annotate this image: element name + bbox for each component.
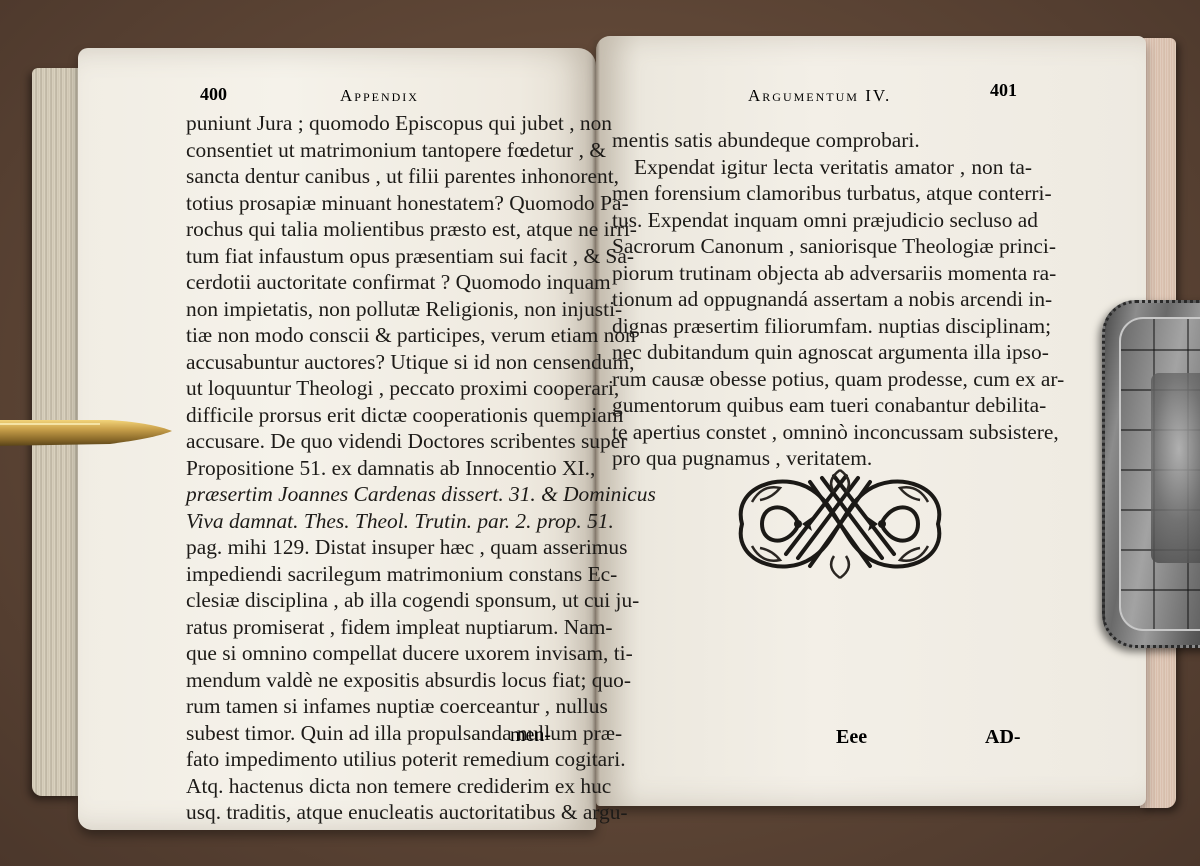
left-running-head: Appendix [340, 86, 419, 108]
text-line: nec dubitandum quin agnoscat argumenta i… [612, 339, 1032, 366]
text-line: non impietatis, non pollutæ Religionis, … [186, 296, 569, 323]
text-line: mendum valdè ne expositis absurdis locus… [186, 667, 569, 694]
text-line: mentis satis abundeque comprobari. [612, 127, 1032, 154]
text-line: ratus promiserat , fidem impleat nuptiar… [186, 614, 569, 641]
text-line: difficile prorsus erit dictæ cooperation… [186, 402, 569, 429]
left-page-text: puniunt Jura ; quomodo Episcopus qui jub… [186, 110, 569, 826]
text-line: tionum ad oppugnandá assertam a nobis ar… [612, 286, 1032, 313]
text-line: ut loquuntur Theologi , peccato proximi … [186, 375, 569, 402]
interlaced-ornament-icon [722, 462, 958, 586]
text-line: clesiæ disciplina , ab illa cogendi spon… [186, 587, 569, 614]
text-line: accusabuntur auctores? Utique si id non … [186, 349, 569, 376]
left-page-number: 400 [200, 84, 227, 105]
text-line: rum tamen si infames nuptiæ coerceantur … [186, 693, 569, 720]
text-line: consentiet ut matrimonium tantopere fœde… [186, 137, 569, 164]
text-line: fato impedimento utilius poterit remediu… [186, 746, 569, 773]
right-catchword: AD- [985, 726, 1021, 749]
text-line: sancta dentur canibus , ut filii parente… [186, 163, 569, 190]
text-line-italic: Viva damnat. Thes. Theol. Trutin. par. 2… [186, 508, 569, 535]
text-line: rum causæ obesse potius, quam prodesse, … [612, 366, 1032, 393]
text-line: Propositione 51. ex damnatis ab Innocent… [186, 455, 569, 482]
open-book: 400 Appendix puniunt Jura ; quomodo Epis… [0, 0, 1200, 866]
right-running-head: Argumentum IV. [748, 86, 891, 108]
right-page-number: 401 [990, 80, 1017, 101]
text-line: totius prosapiæ minuant honestatem? Quom… [186, 190, 569, 217]
text-line: rochus qui talia molientibus præsto est,… [186, 216, 569, 243]
text-line: tiæ non modo conscii & participes, verum… [186, 322, 569, 349]
right-page-text: mentis satis abundeque comprobari. Expen… [612, 127, 1032, 472]
text-line: cerdotii auctoritate confirmat ? Quomodo… [186, 269, 569, 296]
text-line: men forensium clamoribus turbatus, atque… [612, 180, 1032, 207]
text-line: accusare. De quo videndi Doctores scribe… [186, 428, 569, 455]
text-line: impediendi sacrilegum matrimonium consta… [186, 561, 569, 588]
text-line: dignas præsertim filiorumfam. nuptias di… [612, 313, 1032, 340]
text-line: Atq. hactenus dicta non temere credideri… [186, 773, 569, 800]
text-line: pag. mihi 129. Distat insuper hæc , quam… [186, 534, 569, 561]
text-line: tum fiat infaustum opus præsentiam sui f… [186, 243, 569, 270]
text-line: puniunt Jura ; quomodo Episcopus qui jub… [186, 110, 569, 137]
text-line: piorum trutinam objecta ab adversariis m… [612, 260, 1032, 287]
left-catchword: men- [510, 724, 551, 747]
text-line: tus. Expendat inquam omni præjudicio sec… [612, 207, 1032, 234]
metal-book-clasp [1102, 300, 1200, 648]
clasp-relief-figure [1151, 373, 1200, 563]
text-line-italic: præsertim Joannes Cardenas dissert. 31. … [186, 481, 569, 508]
signature-mark: Eee [836, 726, 867, 749]
text-line: que si omnino compellat ducere uxorem in… [186, 640, 569, 667]
text-line: gumentorum quibus eam tueri conabantur d… [612, 392, 1032, 419]
text-line: te apertius constet , omninò inconcussam… [612, 419, 1032, 446]
gold-pen-pointer [0, 414, 176, 450]
text-line: Sacrorum Canonum , saniorisque Theologiæ… [612, 233, 1032, 260]
text-line: Expendat igitur lecta veritatis amator ,… [612, 154, 1032, 181]
text-line: usq. traditis, atque enucleatis auctorit… [186, 799, 569, 826]
